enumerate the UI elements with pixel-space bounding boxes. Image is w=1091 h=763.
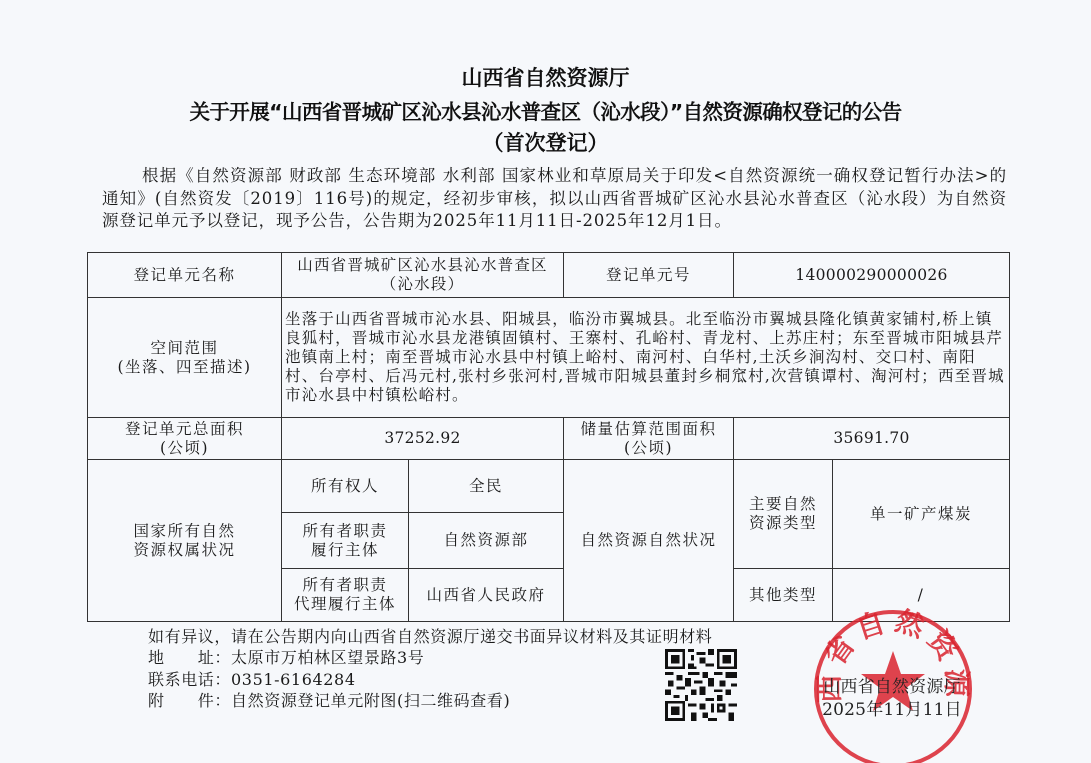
objection-note: 如有异议，请在公告期内向山西省自然资源厅递交书面异议材料及其证明材料 [148,626,712,647]
duty-subject-label-line2: 履行主体 [286,541,404,560]
ownership-label-line2: 资源权属状况 [92,541,277,560]
proxy-subject-label-line1: 所有者职责 [286,576,404,595]
qr-code-icon[interactable] [665,648,737,722]
main-type-value: 单一矿产煤炭 [833,460,1010,569]
reserve-area-label-line1: 储量估算范围面积 [568,420,729,439]
signature-date: 2025年11月11日 [806,699,978,722]
attachment-value: 自然资源登记单元附图(扫二维码查看) [231,691,510,710]
signature-block: 山西省自然资源厅 2025年11月11日 [806,676,978,722]
total-area-value: 37252.92 [282,418,564,460]
main-type-label-line1: 主要自然 [738,495,828,514]
proxy-subject-label-line2: 代理履行主体 [286,595,404,614]
space-range-label-line1: 空间范围 [92,339,277,358]
main-type-label: 主要自然 资源类型 [734,460,833,569]
unit-name-label: 登记单元名称 [88,253,282,298]
table-row: 国家所有自然 资源权属状况 所有权人 全民 自然资源自然状况 主要自然 资源类型… [88,460,1010,513]
total-area-label: 登记单元总面积 (公顷) [88,418,282,460]
phone-line: 联系电话：0351-6164284 [148,669,712,690]
unit-no-value: 140000290000026 [734,253,1010,298]
phone-label: 联系电话： [148,670,231,689]
space-range-value: 坐落于山西省晋城市沁水县、阳城县，临汾市翼城县。北至临汾市翼城县隆化镇黄家铺村,… [282,298,1010,418]
table-row: 登记单元名称 山西省晋城矿区沁水县沁水普查区（沁水段） 登记单元号 140000… [88,253,1010,298]
address-value: 太原市万柏林区望景路3号 [231,648,424,667]
registration-table: 登记单元名称 山西省晋城矿区沁水县沁水普查区（沁水段） 登记单元号 140000… [87,252,1010,622]
intro-paragraph: 根据《自然资源部 财政部 生态环境部 水利部 国家林业和草原局关于印发<自然资源… [102,165,1007,233]
unit-name-value: 山西省晋城矿区沁水县沁水普查区（沁水段） [282,253,564,298]
reserve-area-label-line2: (公顷) [568,439,729,458]
address-line: 地 址：太原市万柏林区望景路3号 [148,647,712,668]
table-row: 登记单元总面积 (公顷) 37252.92 储量估算范围面积 (公顷) 3569… [88,418,1010,460]
proxy-subject-value: 山西省人民政府 [409,569,564,622]
space-range-label: 空间范围 (坐落、四至描述) [88,298,282,418]
natural-status-label: 自然资源自然状况 [564,460,734,622]
proxy-subject-label: 所有者职责 代理履行主体 [282,569,409,622]
announcement-subtitle: （首次登记） [0,127,1091,157]
attachment-line: 附 件：自然资源登记单元附图(扫二维码查看) [148,690,712,711]
duty-subject-label-line1: 所有者职责 [286,522,404,541]
reserve-area-value: 35691.70 [734,418,1010,460]
issuer-title: 山西省自然资源厅 [0,62,1091,92]
announcement-title: 关于开展“山西省晋城矿区沁水县沁水普查区（沁水段）”自然资源确权登记的公告 [0,95,1091,125]
attachment-label: 附 件： [148,691,231,710]
space-range-label-line2: (坐落、四至描述) [92,358,277,377]
ownership-label: 国家所有自然 资源权属状况 [88,460,282,622]
main-type-label-line2: 资源类型 [738,514,828,533]
table-row: 空间范围 (坐落、四至描述) 坐落于山西省晋城市沁水县、阳城县，临汾市翼城县。北… [88,298,1010,418]
total-area-label-line2: (公顷) [92,439,277,458]
footer-notes: 如有异议，请在公告期内向山西省自然资源厅递交书面异议材料及其证明材料 地 址：太… [148,626,712,711]
address-label: 地 址： [148,648,231,667]
duty-subject-label: 所有者职责 履行主体 [282,513,409,569]
total-area-label-line1: 登记单元总面积 [92,420,277,439]
ownership-label-line1: 国家所有自然 [92,522,277,541]
owner-value: 全民 [409,460,564,513]
signature-org: 山西省自然资源厅 [806,676,978,699]
reserve-area-label: 储量估算范围面积 (公顷) [564,418,734,460]
duty-subject-value: 自然资源部 [409,513,564,569]
owner-label: 所有权人 [282,460,409,513]
phone-value: 0351-6164284 [231,670,356,689]
unit-no-label: 登记单元号 [564,253,734,298]
